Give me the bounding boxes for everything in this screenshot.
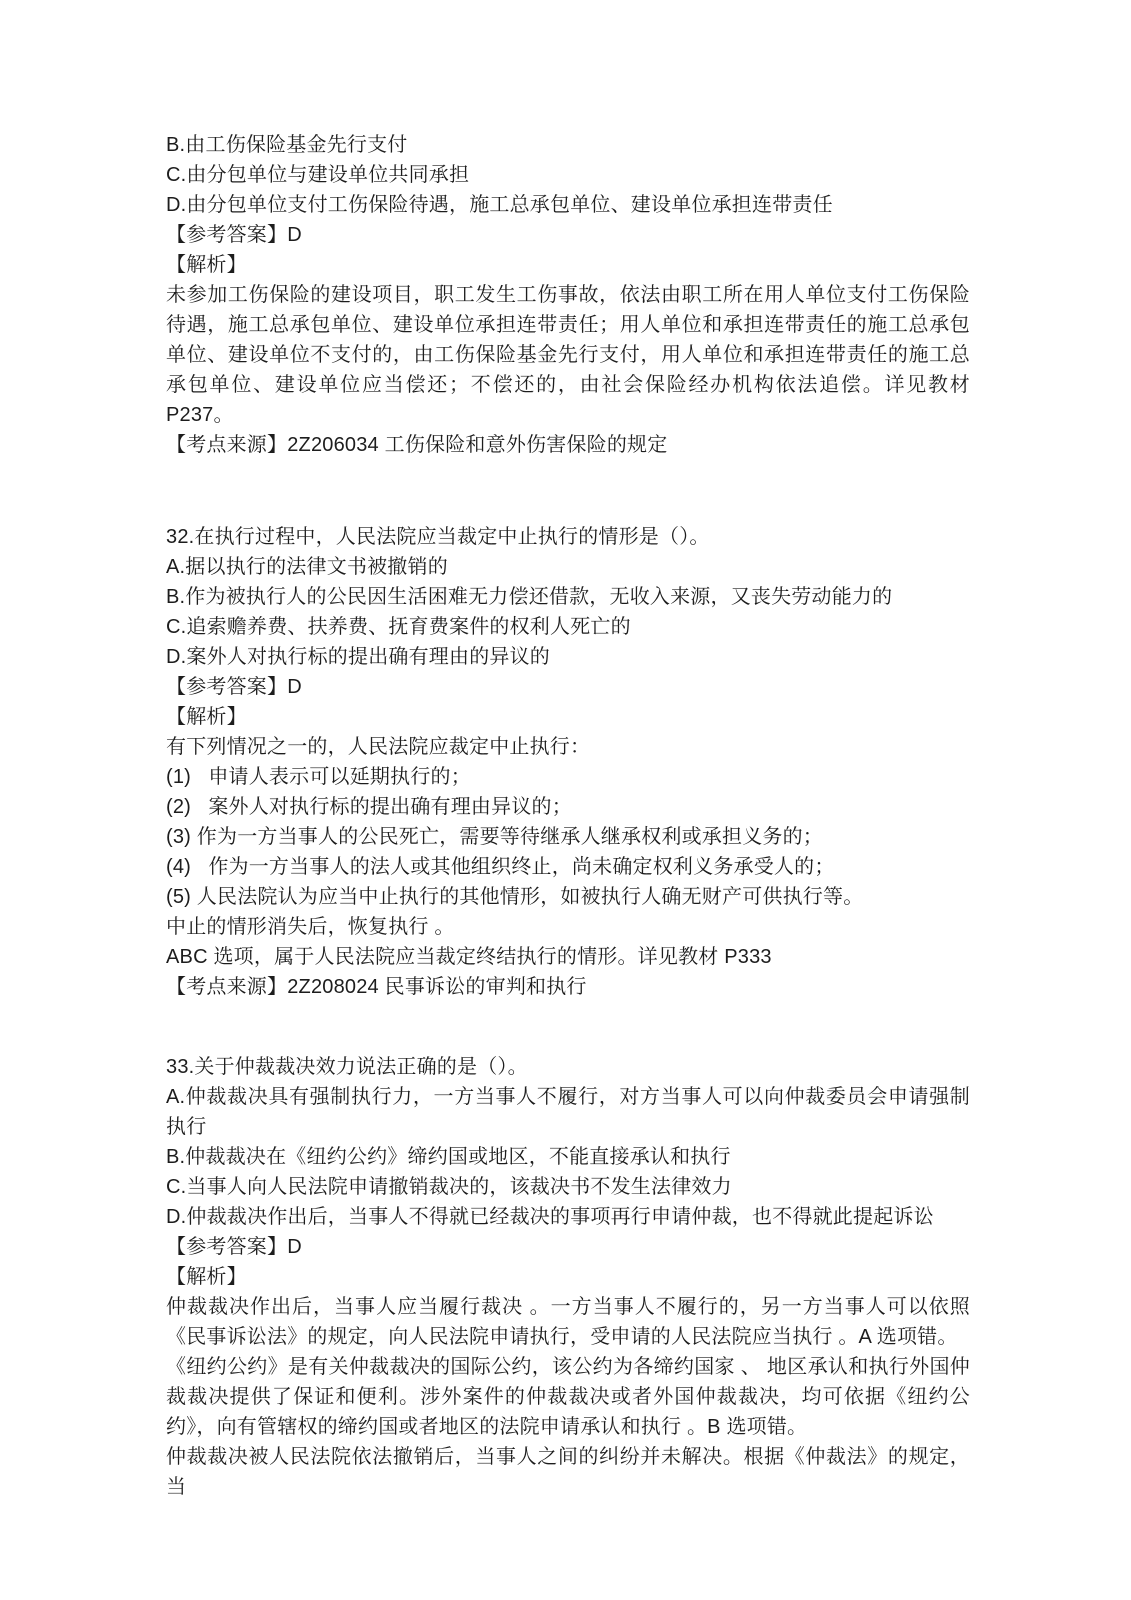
option-line-b: B.由工伤保险基金先行支付 [166,130,970,160]
question-stem: 33.关于仲裁裁决效力说法正确的是（）。 [166,1052,970,1082]
document-content: B.由工伤保险基金先行支付 C.由分包单位与建设单位共同承担 D.由分包单位支付… [166,130,970,1502]
analysis-conclusion-line: ABC 选项，属于人民法院应当裁定终结执行的情形。详见教材 P333 [166,942,970,972]
analysis-item-2: (2) 案外人对执行标的提出确有理由异议的； [166,792,970,822]
option-line-c: C.追索赡养费、扶养费、抚育费案件的权利人死亡的 [166,612,970,642]
question-32-block: 32.在执行过程中，人民法院应当裁定中止执行的情形是（）。 A.据以执行的法律文… [166,522,970,1002]
reference-answer-line: 【参考答案】D [166,672,970,702]
option-line-a: A.仲裁裁决具有强制执行力，一方当事人不履行，对方当事人可以向仲裁委员会申请强制… [166,1082,970,1142]
analysis-item-5: (5) 人民法院认为应当中止执行的其他情形，如被执行人确无财产可供执行等。 [166,882,970,912]
analysis-heading: 【解析】 [166,1262,970,1292]
reference-answer-line: 【参考答案】D [166,220,970,250]
analysis-paragraph-2: 《纽约公约》是有关仲裁裁决的国际公约，该公约为各缔约国家 、 地区承认和执行外国… [166,1352,970,1442]
analysis-intro-line: 有下列情况之一的，人民法院应裁定中止执行： [166,732,970,762]
option-line-a: A.据以执行的法律文书被撤销的 [166,552,970,582]
analysis-heading: 【解析】 [166,702,970,732]
analysis-item-3: (3) 作为一方当事人的公民死亡，需要等待继承人继承权利或承担义务的； [166,822,970,852]
question-stem: 32.在执行过程中，人民法院应当裁定中止执行的情形是（）。 [166,522,970,552]
option-line-b: B.作为被执行人的公民因生活困难无力偿还借款，无收入来源，又丧失劳动能力的 [166,582,970,612]
analysis-note-line: 中止的情形消失后，恢复执行 。 [166,912,970,942]
option-line-c: C.当事人向人民法院申请撤销裁决的，该裁决书不发生法律效力 [166,1172,970,1202]
reference-answer-line: 【参考答案】D [166,1232,970,1262]
question-31-block: B.由工伤保险基金先行支付 C.由分包单位与建设单位共同承担 D.由分包单位支付… [166,130,970,460]
option-line-d: D.仲裁裁决作出后，当事人不得就已经裁决的事项再行申请仲裁，也不得就此提起诉讼 [166,1202,970,1232]
analysis-heading: 【解析】 [166,250,970,280]
source-line: 【考点来源】2Z206034 工伤保险和意外伤害保险的规定 [166,430,970,460]
option-line-b: B.仲裁裁决在《纽约公约》缔约国或地区，不能直接承认和执行 [166,1142,970,1172]
option-line-d: D.由分包单位支付工伤保险待遇，施工总承包单位、建设单位承担连带责任 [166,190,970,220]
source-line: 【考点来源】2Z208024 民事诉讼的审判和执行 [166,972,970,1002]
analysis-item-1: (1) 申请人表示可以延期执行的； [166,762,970,792]
analysis-paragraph-1: 仲裁裁决作出后，当事人应当履行裁决 。一方当事人不履行的，另一方当事人可以依照《… [166,1292,970,1352]
option-line-d: D.案外人对执行标的提出确有理由的异议的 [166,642,970,672]
question-33-block: 33.关于仲裁裁决效力说法正确的是（）。 A.仲裁裁决具有强制执行力，一方当事人… [166,1052,970,1502]
analysis-paragraph: 未参加工伤保险的建设项目，职工发生工伤事故，依法由职工所在用人单位支付工伤保险待… [166,280,970,430]
analysis-paragraph-3: 仲裁裁决被人民法院依法撤销后，当事人之间的纠纷并未解决。根据《仲裁法》的规定，当 [166,1442,970,1502]
analysis-item-4: (4) 作为一方当事人的法人或其他组织终止，尚未确定权利义务承受人的； [166,852,970,882]
option-line-c: C.由分包单位与建设单位共同承担 [166,160,970,190]
exam-document-page: B.由工伤保险基金先行支付 C.由分包单位与建设单位共同承担 D.由分包单位支付… [0,0,1131,1600]
